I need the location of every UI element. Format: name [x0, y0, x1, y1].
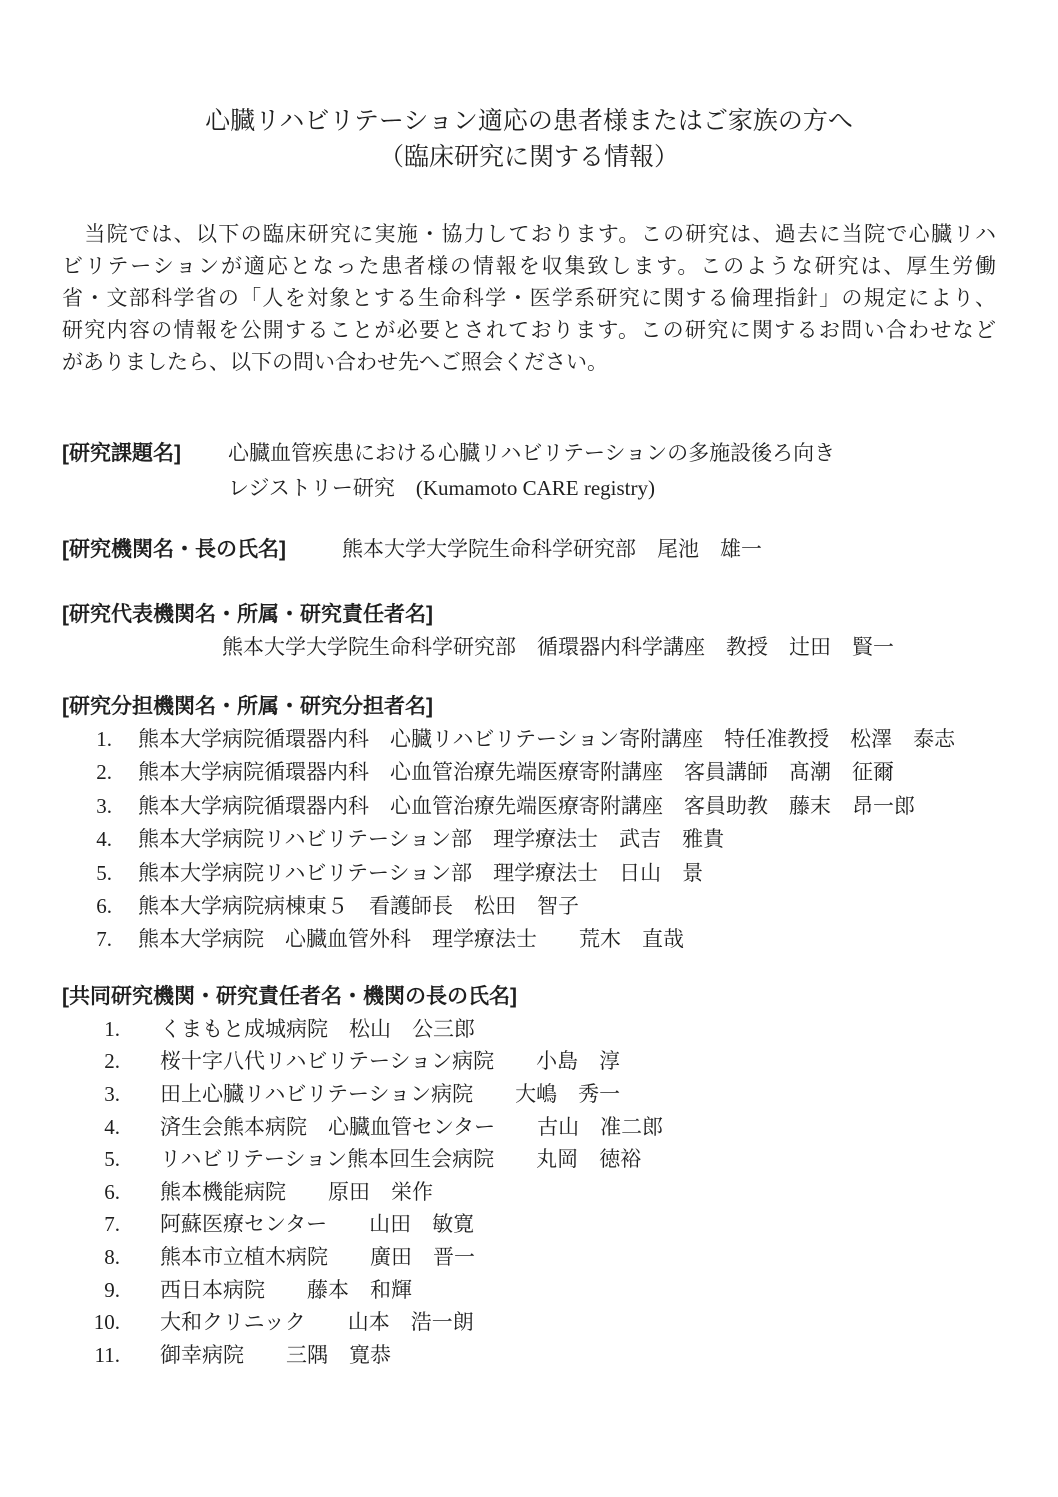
list-item-text: くまもと成城病院 松山 公三郎 [160, 1013, 475, 1046]
list-item-text: 熊本機能病院 原田 栄作 [160, 1176, 433, 1209]
representative-text: 熊本大学大学院生命科学研究部 循環器内科学講座 教授 辻田 賢一 [222, 631, 996, 664]
list-item-text: 熊本大学病院 心臓血管外科 理学療法士 荒木 直哉 [138, 923, 684, 956]
list-item: 8.熊本市立植木病院 廣田 晋一 [62, 1241, 996, 1274]
list-item-text: 熊本大学病院リハビリテーション部 理学療法士 武吉 雅貴 [138, 823, 724, 856]
section-joint-institutions-label: [共同研究機関・研究責任者名・機関の長の氏名] [62, 980, 996, 1013]
list-item-text: 熊本市立植木病院 廣田 晋一 [160, 1241, 475, 1274]
list-item: 2.熊本大学病院循環器内科 心血管治療先端医療寄附講座 客員講師 髙潮 征爾 [62, 756, 996, 789]
title-line-2: （臨床研究に関する情報） [62, 140, 996, 176]
section-institution-label: [研究機関名・長の氏名] [62, 538, 286, 561]
list-item-text: 御幸病院 三隅 寛恭 [160, 1339, 391, 1372]
list-item: 4.熊本大学病院リハビリテーション部 理学療法士 武吉 雅貴 [62, 823, 996, 856]
list-item: 1.熊本大学病院循環器内科 心臓リハビリテーション寄附講座 特任准教授 松澤 泰… [62, 723, 996, 756]
list-item: 3.熊本大学病院循環器内科 心血管治療先端医療寄附講座 客員助教 藤末 昂一郎 [62, 790, 996, 823]
list-item-number: 5. [62, 857, 112, 890]
institution-name-text: 熊本大学大学院生命科学研究部 尾池 雄一 [342, 533, 762, 566]
collaborators-list: 1.熊本大学病院循環器内科 心臓リハビリテーション寄附講座 特任准教授 松澤 泰… [62, 723, 996, 957]
list-item: 4.済生会熊本病院 心臓血管センター 古山 准二郎 [62, 1111, 996, 1144]
list-item-text: 熊本大学病院循環器内科 心臓リハビリテーション寄附講座 特任准教授 松澤 泰志 [138, 723, 955, 756]
list-item-number: 2. [62, 1045, 120, 1078]
list-item-text: 済生会熊本病院 心臓血管センター 古山 准二郎 [160, 1111, 663, 1144]
list-item-number: 6. [62, 890, 112, 923]
list-item-number: 9. [62, 1274, 120, 1307]
list-item-number: 1. [62, 723, 112, 756]
list-item-number: 7. [62, 923, 112, 956]
title-line-1: 心臓リハビリテーション適応の患者様またはご家族の方へ [62, 104, 996, 140]
list-item-number: 5. [62, 1143, 120, 1176]
list-item-number: 2. [62, 756, 112, 789]
research-title-line-2: レジストリー研究 (Kumamoto CARE registry) [228, 471, 996, 506]
list-item-text: 熊本大学病院病棟東５ 看護師長 松田 智子 [138, 890, 579, 923]
section-research-title: [研究課題名] 心臓血管疾患における心臓リハビリテーションの多施設後ろ向き レジ… [62, 436, 996, 506]
list-item: 2.桜十字八代リハビリテーション病院 小島 淳 [62, 1045, 996, 1078]
list-item-number: 3. [62, 1078, 120, 1111]
document-title: 心臓リハビリテーション適応の患者様またはご家族の方へ （臨床研究に関する情報） [62, 104, 996, 176]
list-item-text: 熊本大学病院循環器内科 心血管治療先端医療寄附講座 客員講師 髙潮 征爾 [138, 756, 894, 789]
list-item: 3.田上心臓リハビリテーション病院 大嶋 秀一 [62, 1078, 996, 1111]
list-item-number: 4. [62, 1111, 120, 1144]
intro-line: 当院では、以下の臨床研究に実施・協力しております。この研究は、過去に当院で心臓リ… [62, 218, 996, 250]
joint-institutions-list: 1.くまもと成城病院 松山 公三郎2.桜十字八代リハビリテーション病院 小島 淳… [62, 1013, 996, 1372]
list-item-number: 4. [62, 823, 112, 856]
list-item-number: 6. [62, 1176, 120, 1209]
list-item: 5.リハビリテーション熊本回生会病院 丸岡 徳裕 [62, 1143, 996, 1176]
list-item: 9.西日本病院 藤本 和輝 [62, 1274, 996, 1307]
list-item-number: 11. [62, 1339, 120, 1372]
document-page: 心臓リハビリテーション適応の患者様またはご家族の方へ （臨床研究に関する情報） … [0, 0, 1058, 1497]
section-collaborators-label: [研究分担機関名・所属・研究分担者名] [62, 690, 996, 723]
list-item-number: 3. [62, 790, 112, 823]
list-item-text: 西日本病院 藤本 和輝 [160, 1274, 412, 1307]
intro-line: ビリテーションが適応となった患者様の情報を収集致します。このような研究は、厚生労… [62, 250, 996, 282]
intro-line: 研究内容の情報を公開することが必要とされております。この研究に関するお問い合わせ… [62, 314, 996, 346]
list-item-text: 阿蘇医療センター 山田 敏寛 [160, 1208, 474, 1241]
intro-paragraph: 当院では、以下の臨床研究に実施・協力しております。この研究は、過去に当院で心臓リ… [62, 218, 996, 378]
list-item-text: 熊本大学病院循環器内科 心血管治療先端医療寄附講座 客員助教 藤末 昂一郎 [138, 790, 915, 823]
list-item: 7.熊本大学病院 心臓血管外科 理学療法士 荒木 直哉 [62, 923, 996, 956]
list-item: 6.熊本機能病院 原田 栄作 [62, 1176, 996, 1209]
section-institution: [研究機関名・長の氏名] 熊本大学大学院生命科学研究部 尾池 雄一 [62, 533, 996, 566]
list-item: 6.熊本大学病院病棟東５ 看護師長 松田 智子 [62, 890, 996, 923]
intro-line: がありましたら、以下の問い合わせ先へご照会ください。 [62, 346, 996, 378]
list-item-text: 田上心臓リハビリテーション病院 大嶋 秀一 [160, 1078, 620, 1111]
list-item-text: リハビリテーション熊本回生会病院 丸岡 徳裕 [160, 1143, 641, 1176]
list-item: 11.御幸病院 三隅 寛恭 [62, 1339, 996, 1372]
section-joint-institutions: [共同研究機関・研究責任者名・機関の長の氏名] 1.くまもと成城病院 松山 公三… [62, 980, 996, 1372]
list-item: 1.くまもと成城病院 松山 公三郎 [62, 1013, 996, 1046]
list-item-text: 大和クリニック 山本 浩一朗 [160, 1306, 474, 1339]
research-title-text: 心臓血管疾患における心臓リハビリテーションの多施設後ろ向き レジストリー研究 (… [228, 436, 996, 506]
list-item-number: 7. [62, 1208, 120, 1241]
list-item-number: 8. [62, 1241, 120, 1274]
list-item: 10.大和クリニック 山本 浩一朗 [62, 1306, 996, 1339]
list-item-text: 熊本大学病院リハビリテーション部 理学療法士 日山 景 [138, 857, 703, 890]
list-item-text: 桜十字八代リハビリテーション病院 小島 淳 [160, 1045, 620, 1078]
intro-line: 省・文部科学省の「人を対象とする生命科学・医学系研究に関する倫理指針」の規定によ… [62, 282, 996, 314]
list-item-number: 1. [62, 1013, 120, 1046]
section-representative: [研究代表機関名・所属・研究責任者名] 熊本大学大学院生命科学研究部 循環器内科… [62, 598, 996, 664]
research-title-line-1: 心臓血管疾患における心臓リハビリテーションの多施設後ろ向き [228, 436, 996, 471]
list-item: 7.阿蘇医療センター 山田 敏寛 [62, 1208, 996, 1241]
section-representative-label: [研究代表機関名・所属・研究責任者名] [62, 598, 996, 631]
list-item-number: 10. [62, 1306, 120, 1339]
section-collaborators: [研究分担機関名・所属・研究分担者名] 1.熊本大学病院循環器内科 心臓リハビリ… [62, 690, 996, 957]
section-research-title-label: [研究課題名] [62, 436, 181, 471]
list-item: 5.熊本大学病院リハビリテーション部 理学療法士 日山 景 [62, 857, 996, 890]
